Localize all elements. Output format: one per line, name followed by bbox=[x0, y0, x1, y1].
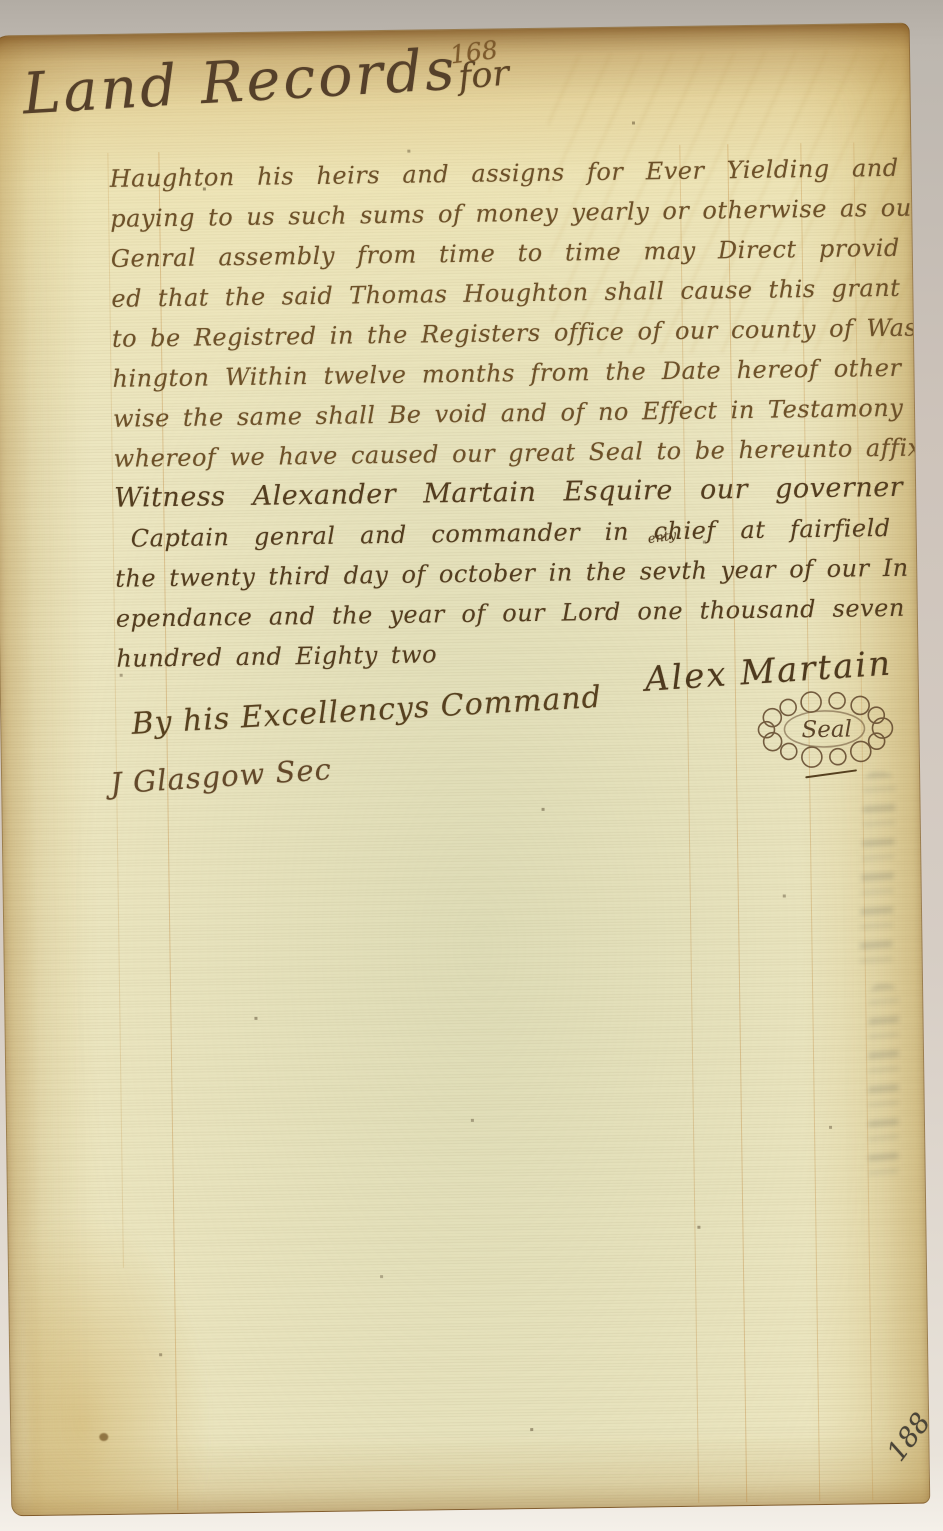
ink-bleedthrough-smudge bbox=[868, 984, 899, 1184]
seal-scribble: Seal bbox=[749, 688, 902, 778]
ink-bleedthrough-smudge bbox=[859, 772, 895, 973]
scanned-ledger-photo: 168 Land Records for Haughton his heirs … bbox=[0, 0, 943, 1531]
paper-stain bbox=[26, 1214, 210, 1516]
command-line: By his Excellencys Command bbox=[131, 680, 603, 742]
ink-spot bbox=[99, 1433, 108, 1441]
page-title: Land Records bbox=[21, 37, 459, 128]
manuscript-body: Haughton his heirs and assigns for Ever … bbox=[109, 148, 905, 679]
seal-label: Seal bbox=[801, 717, 852, 744]
ledger-page: 168 Land Records for Haughton his heirs … bbox=[0, 23, 930, 1517]
page-number-bottom: 188 bbox=[881, 1407, 930, 1467]
secretary-signature: J Glasgow Sec bbox=[109, 752, 333, 801]
page-title-suffix: for bbox=[457, 54, 511, 98]
